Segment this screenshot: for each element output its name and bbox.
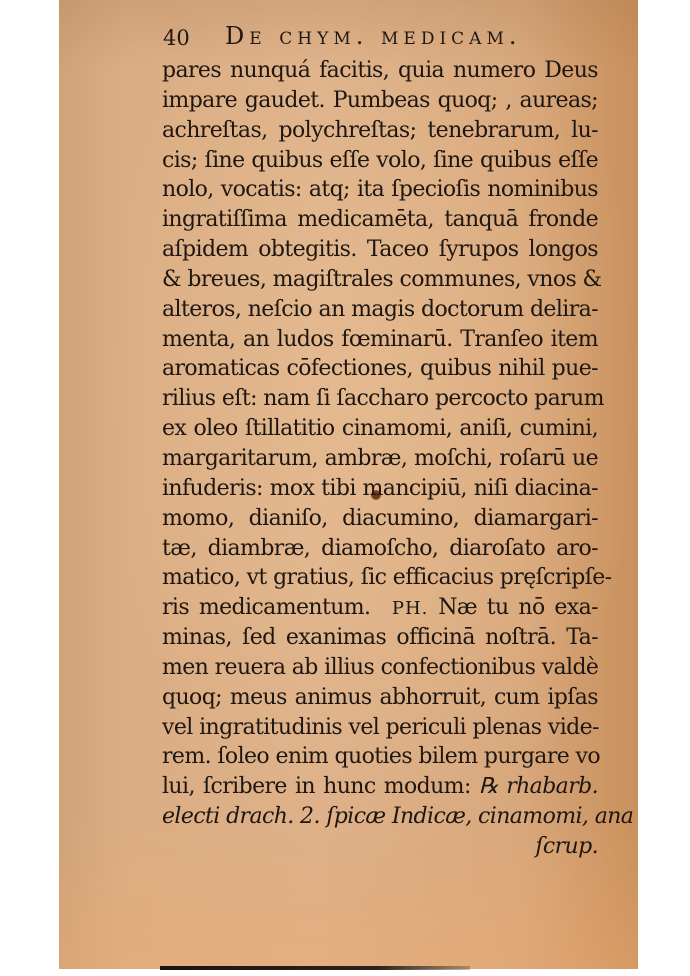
text-line: quoq; meus animus abhorruit, cum ipſas [162,683,598,713]
text-line: nolo, vocatis: atq; ita ſpecioſis nomini… [162,175,598,205]
text-line: cis; ſine quibus eſſe volo, ſine quibus … [162,146,598,176]
text-fragment: lui, ſcribere in hunc modum: [162,774,471,799]
text-line: pares nunquá facitis, quia numero Deus [162,56,598,86]
text-line: rilius eſt: nam ſi ſaccharo percocto par… [162,384,598,414]
text-line-with-speaker: ris medicamentum. PH. Næ tu nō exa- [162,593,598,623]
text-fragment: ris medicamentum. [162,595,370,620]
recipe-start: ℞ rhabarb. [479,774,598,799]
text-line: rem. ſoleo enim quoties bilem purgare vo [162,742,598,772]
text-line: & breues, magiſtrales communes, vnos & [162,265,598,295]
page-number: 40 [163,26,190,50]
catchword: ſcrup. [162,832,598,862]
recipe-line: electi drach. 2. ſpicæ Indicæ, cinamomi,… [162,802,598,832]
text-line: minas, ſed exanimas officinā noſtrā. Ta- [162,623,598,653]
text-line: ex oleo ſtillatitio cinamomi, aniſi, cum… [162,414,598,444]
text-line: men reuera ab illius confectionibus vald… [162,653,598,683]
page-header: 40 De chym. medicam. [163,22,583,52]
text-line: infuderis: mox tibi mancipiū, niſi diaci… [162,474,598,504]
text-line: alteros, neſcio an magis doctorum delira… [162,295,598,325]
running-title: De chym. medicam. [225,22,521,50]
text-line: margaritarum, ambræ, moſchi, roſarū ue [162,444,598,474]
text-line-mixed: lui, ſcribere in hunc modum: ℞ rhabarb. [162,772,598,802]
text-line: matico, vt gratius, ſic efficacius pręſc… [162,563,598,593]
text-line: vel ingratitudinis vel periculi plenas v… [162,713,598,743]
text-line: tæ, diambræ, diamoſcho, diaroſato aro- [162,534,598,564]
text-line: impare gaudet. Pumbeas quoq; , aureas; [162,86,598,116]
page-edge-shadow [160,966,470,970]
text-line: menta, an ludos fœminarū. Tranſeo item [162,325,598,355]
speaker-label: PH. [392,598,429,619]
text-line: achreſtas, polychreſtas; tenebrarum, lu- [162,116,598,146]
text-line: aromaticas cōfectiones, quibus nihil pue… [162,354,598,384]
text-line: momo, dianiſo, diacumino, diamargari- [162,504,598,534]
body-text: pares nunquá facitis, quia numero Deus i… [162,56,598,862]
text-line: aſpidem obtegitis. Taceo ſyrupos longos [162,235,598,265]
text-fragment: Næ tu nō exa- [438,595,598,620]
text-line: ingratiſſima medicamēta, tanquā fronde [162,205,598,235]
